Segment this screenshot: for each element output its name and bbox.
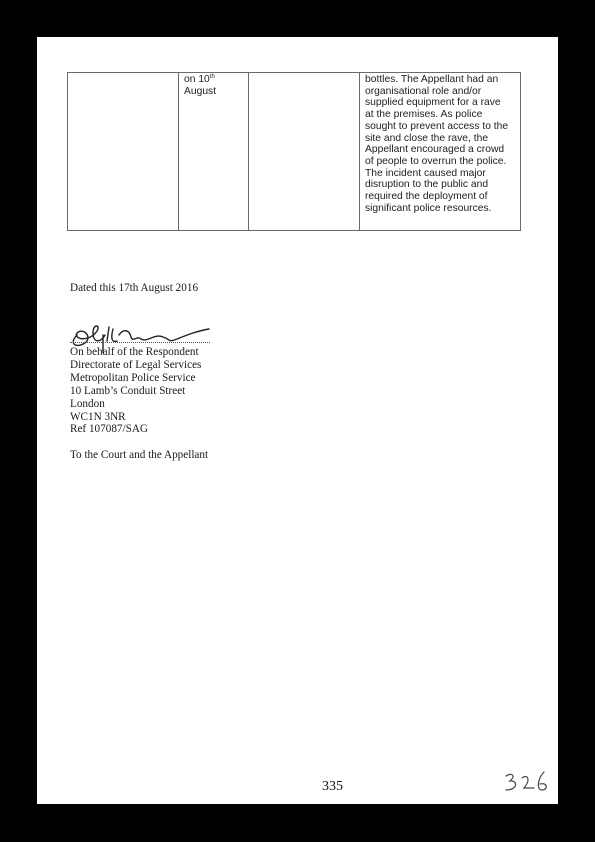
description-line: site and close the rave, the [365,133,508,145]
description-line: Appellant encouraged a crowd [365,144,508,156]
description-line: The incident caused major [365,168,508,180]
page-number: 335 [322,779,343,795]
description-line: disruption to the public and [365,179,508,191]
document-page: on 10th August bottles. The Appellant ha… [37,37,558,804]
table-column-divider [359,73,360,230]
description-line: sought to prevent access to the [365,121,508,133]
table-cell-date: on 10th August [184,74,216,97]
handwritten-page-number-icon: 326 [502,770,552,796]
address-line: Ref 107087/SAG [70,423,148,436]
description-line: at the premises. As police [365,109,508,121]
description-line: significant police resources. [365,203,508,215]
recipients-line: To the Court and the Appellant [70,449,208,462]
address-line: London [70,398,105,411]
table-cell-description: bottles. The Appellant had anorganisatio… [365,74,508,214]
description-line: required the deployment of [365,191,508,203]
description-line: of people to overrun the police. [365,156,508,168]
address-line: Metropolitan Police Service [70,372,196,385]
date-superscript: th [210,74,215,80]
address-line: Directorate of Legal Services [70,359,201,372]
address-line: 10 Lamb’s Conduit Street [70,385,185,398]
address-line: On behalf of the Respondent [70,346,199,359]
signature-line [70,342,210,343]
date-line-2: August [184,86,216,97]
offence-table: on 10th August bottles. The Appellant ha… [67,72,521,231]
svg-text:326: 326 [502,770,526,774]
dated-line: Dated this 17th August 2016 [70,282,198,295]
date-line-1: on 10 [184,74,210,85]
description-line: bottles. The Appellant had an [365,74,508,86]
description-line: organisational role and/or [365,86,508,98]
table-column-divider [178,73,179,230]
description-line: supplied equipment for a rave [365,97,508,109]
address-line: WC1N 3NR [70,411,126,424]
table-column-divider [248,73,249,230]
